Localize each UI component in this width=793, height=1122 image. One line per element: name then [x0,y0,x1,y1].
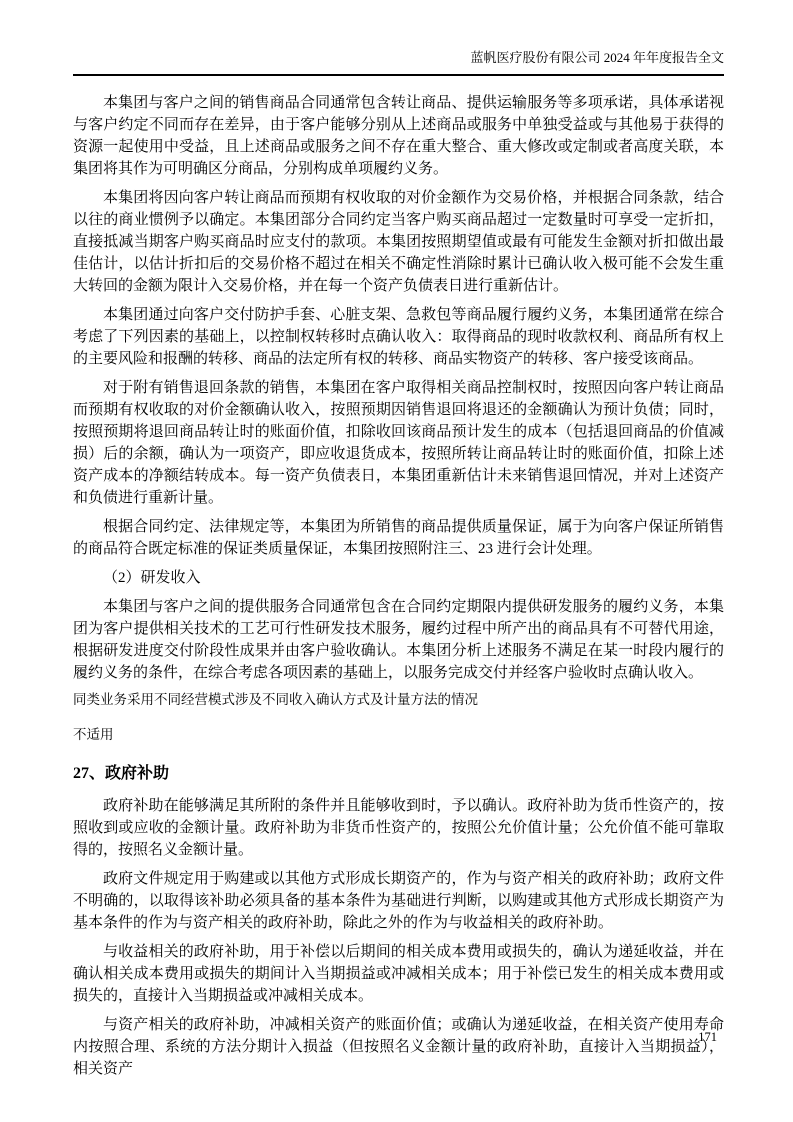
paragraph-asset-related-grant: 与资产相关的政府补助，冲减相关资产的账面价值；或确认为递延收益，在相关资产使用寿… [73,1014,724,1080]
paragraph-revenue-contracts: 本集团与客户之间的销售商品合同通常包含转让商品、提供运输服务等多项承诺，具体承诺… [73,92,724,180]
report-page: 蓝帆医疗股份有限公司 2024 年年度报告全文 本集团与客户之间的销售商品合同通… [0,0,793,1122]
paragraph-grant-classification: 政府文件规定用于购建或以其他方式形成长期资产的，作为与资产相关的政府补助；政府文… [73,868,724,934]
sub-note-not-applicable: 不适用 [73,726,724,744]
document-body: 本集团与客户之间的销售商品合同通常包含转让商品、提供运输服务等多项承诺，具体承诺… [73,92,724,1080]
sub-note-business-model: 同类业务采用不同经营模式涉及不同收入确认方式及计量方法的情况 [73,691,724,709]
section-heading-government-grants: 27、政府补助 [73,762,724,786]
paragraph-sales-return: 对于附有销售退回条款的销售，本集团在客户取得相关商品控制权时，按照因向客户转让商… [73,377,724,509]
paragraph-rd-service: 本集团与客户之间的提供服务合同通常包含在合同约定期限内提供研发服务的履约义务，本… [73,596,724,684]
paragraph-transaction-price: 本集团将因向客户转让商品而预期有权收取的对价金额作为交易价格，并根据合同条款，结… [73,187,724,297]
header-rule [73,74,724,76]
paragraph-income-related-grant: 与收益相关的政府补助，用于补偿以后期间的相关成本费用或损失的，确认为递延收益，并… [73,941,724,1007]
page-number: 171 [698,1030,717,1044]
paragraph-grant-recognition: 政府补助在能够满足其所附的条件并且能够收到时，予以确认。政府补助为货币性资产的，… [73,795,724,861]
page-header: 蓝帆医疗股份有限公司 2024 年年度报告全文 [73,50,724,74]
paragraph-control-transfer: 本集团通过向客户交付防护手套、心脏支架、急救包等商品履行履约义务，本集团通常在综… [73,304,724,370]
list-item-rd-revenue: （2）研发收入 [73,567,724,589]
report-title: 蓝帆医疗股份有限公司 2024 年年度报告全文 [470,50,724,65]
paragraph-quality-assurance: 根据合同约定、法律规定等，本集团为所销售的商品提供质量保证，属于为向客户保证所销… [73,516,724,560]
